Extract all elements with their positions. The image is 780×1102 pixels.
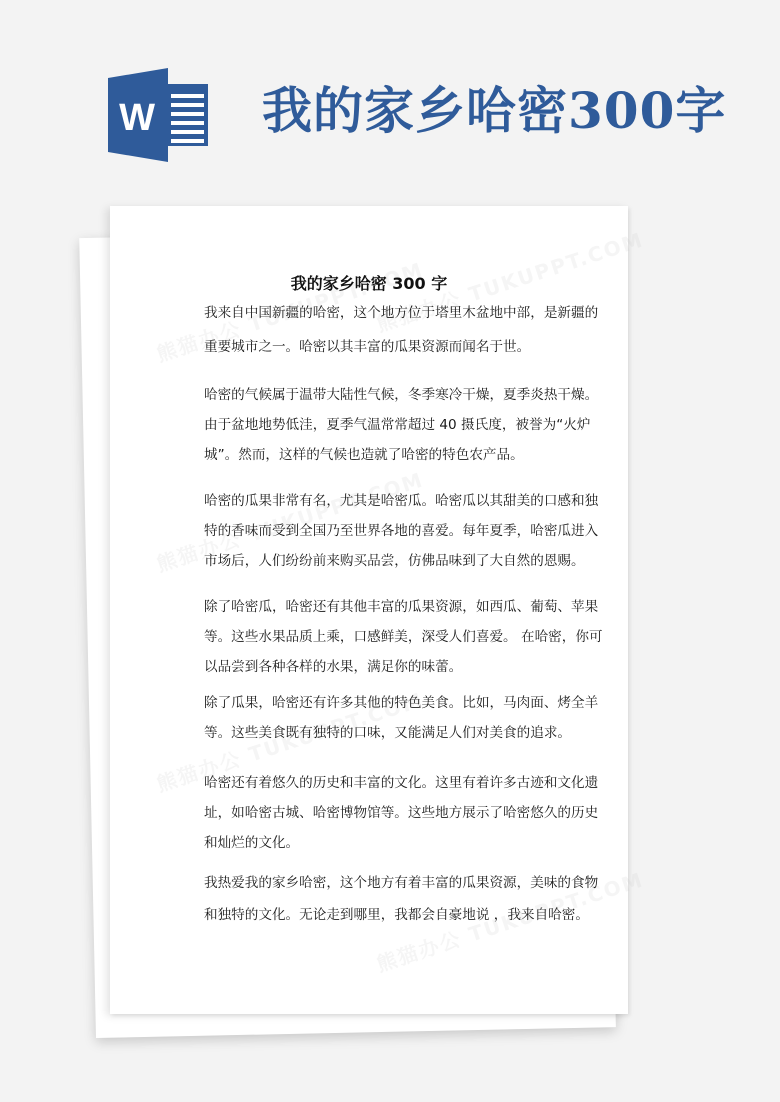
word-document-icon: W: [108, 68, 208, 162]
text-line: 和独特的文化。无论走到哪里，我都会自豪地说 ，我来自哈密。: [204, 904, 604, 936]
word-icon-letter: W: [119, 97, 155, 139]
paragraph: 哈密的气候属于温带大陆性气候，冬季寒冷干燥，夏季炎热干燥。 由于盆地地势低洼，夏…: [204, 384, 604, 474]
text-line: 哈密还有着悠久的历史和丰富的文化。这里有着许多古迹和文化遗: [204, 772, 604, 802]
text-line: 和灿烂的文化。: [204, 832, 604, 862]
header-banner: W 我的家乡哈密300字: [0, 0, 780, 190]
text-line: 我热爱我的家乡哈密，这个地方有着丰富的瓜果资源，美味的食物: [204, 872, 604, 904]
text-line: 除了哈密瓜，哈密还有其他丰富的瓜果资源，如西瓜、葡萄、苹果: [204, 596, 604, 626]
page-title: 我的家乡哈密300字: [262, 76, 726, 146]
paragraph: 除了瓜果，哈密还有许多其他的特色美食。比如，马肉面、烤全羊 等。这些美食既有独特…: [204, 692, 604, 752]
document-page: 熊猫办公 TUKUPPT.COM 熊猫办公 TUKUPPT.COM 熊猫办公 T…: [110, 206, 628, 1014]
paragraph: 哈密还有着悠久的历史和丰富的文化。这里有着许多古迹和文化遗 址，如哈密古城、哈密…: [204, 772, 604, 862]
text-line: 除了瓜果，哈密还有许多其他的特色美食。比如，马肉面、烤全羊: [204, 692, 604, 722]
text-line: 哈密的气候属于温带大陆性气候，冬季寒冷干燥，夏季炎热干燥。: [204, 384, 604, 414]
text-line: 由于盆地地势低洼，夏季气温常常超过 40 摄氏度，被誉为“火炉: [204, 414, 604, 444]
text-line: 特的香味而受到全国乃至世界各地的喜爱。每年夏季，哈密瓜进入: [204, 520, 604, 550]
document-title: 我的家乡哈密 300 字: [110, 272, 628, 296]
text-line: 市场后，人们纷纷前来购买品尝，仿佛品味到了大自然的恩赐。: [204, 550, 604, 580]
text-line: 我来自中国新疆的哈密，这个地方位于塔里木盆地中部，是新疆的: [204, 302, 604, 336]
text-line: 等。这些水果品质上乘，口感鲜美，深受人们喜爱。 在哈密，你可: [204, 626, 604, 656]
text-line: 城”。然而，这样的气候也造就了哈密的特色农产品。: [204, 444, 604, 474]
text-line: 以品尝到各种各样的水果，满足你的味蕾。: [204, 656, 604, 686]
paragraph: 我来自中国新疆的哈密，这个地方位于塔里木盆地中部，是新疆的 重要城市之一。哈密以…: [204, 302, 604, 380]
paragraph: 我热爱我的家乡哈密，这个地方有着丰富的瓜果资源，美味的食物 和独特的文化。无论走…: [204, 872, 604, 936]
text-line: 哈密的瓜果非常有名，尤其是哈密瓜。哈密瓜以其甜美的口感和独: [204, 490, 604, 520]
paragraph: 哈密的瓜果非常有名，尤其是哈密瓜。哈密瓜以其甜美的口感和独 特的香味而受到全国乃…: [204, 490, 604, 580]
text-line: 重要城市之一。哈密以其丰富的瓜果资源而闻名于世。: [204, 336, 604, 380]
text-line: 等。这些美食既有独特的口味，又能满足人们对美食的追求。: [204, 722, 604, 752]
paragraph: 除了哈密瓜，哈密还有其他丰富的瓜果资源，如西瓜、葡萄、苹果 等。这些水果品质上乘…: [204, 596, 604, 686]
text-line: 址，如哈密古城、哈密博物馆等。这些地方展示了哈密悠久的历史: [204, 802, 604, 832]
